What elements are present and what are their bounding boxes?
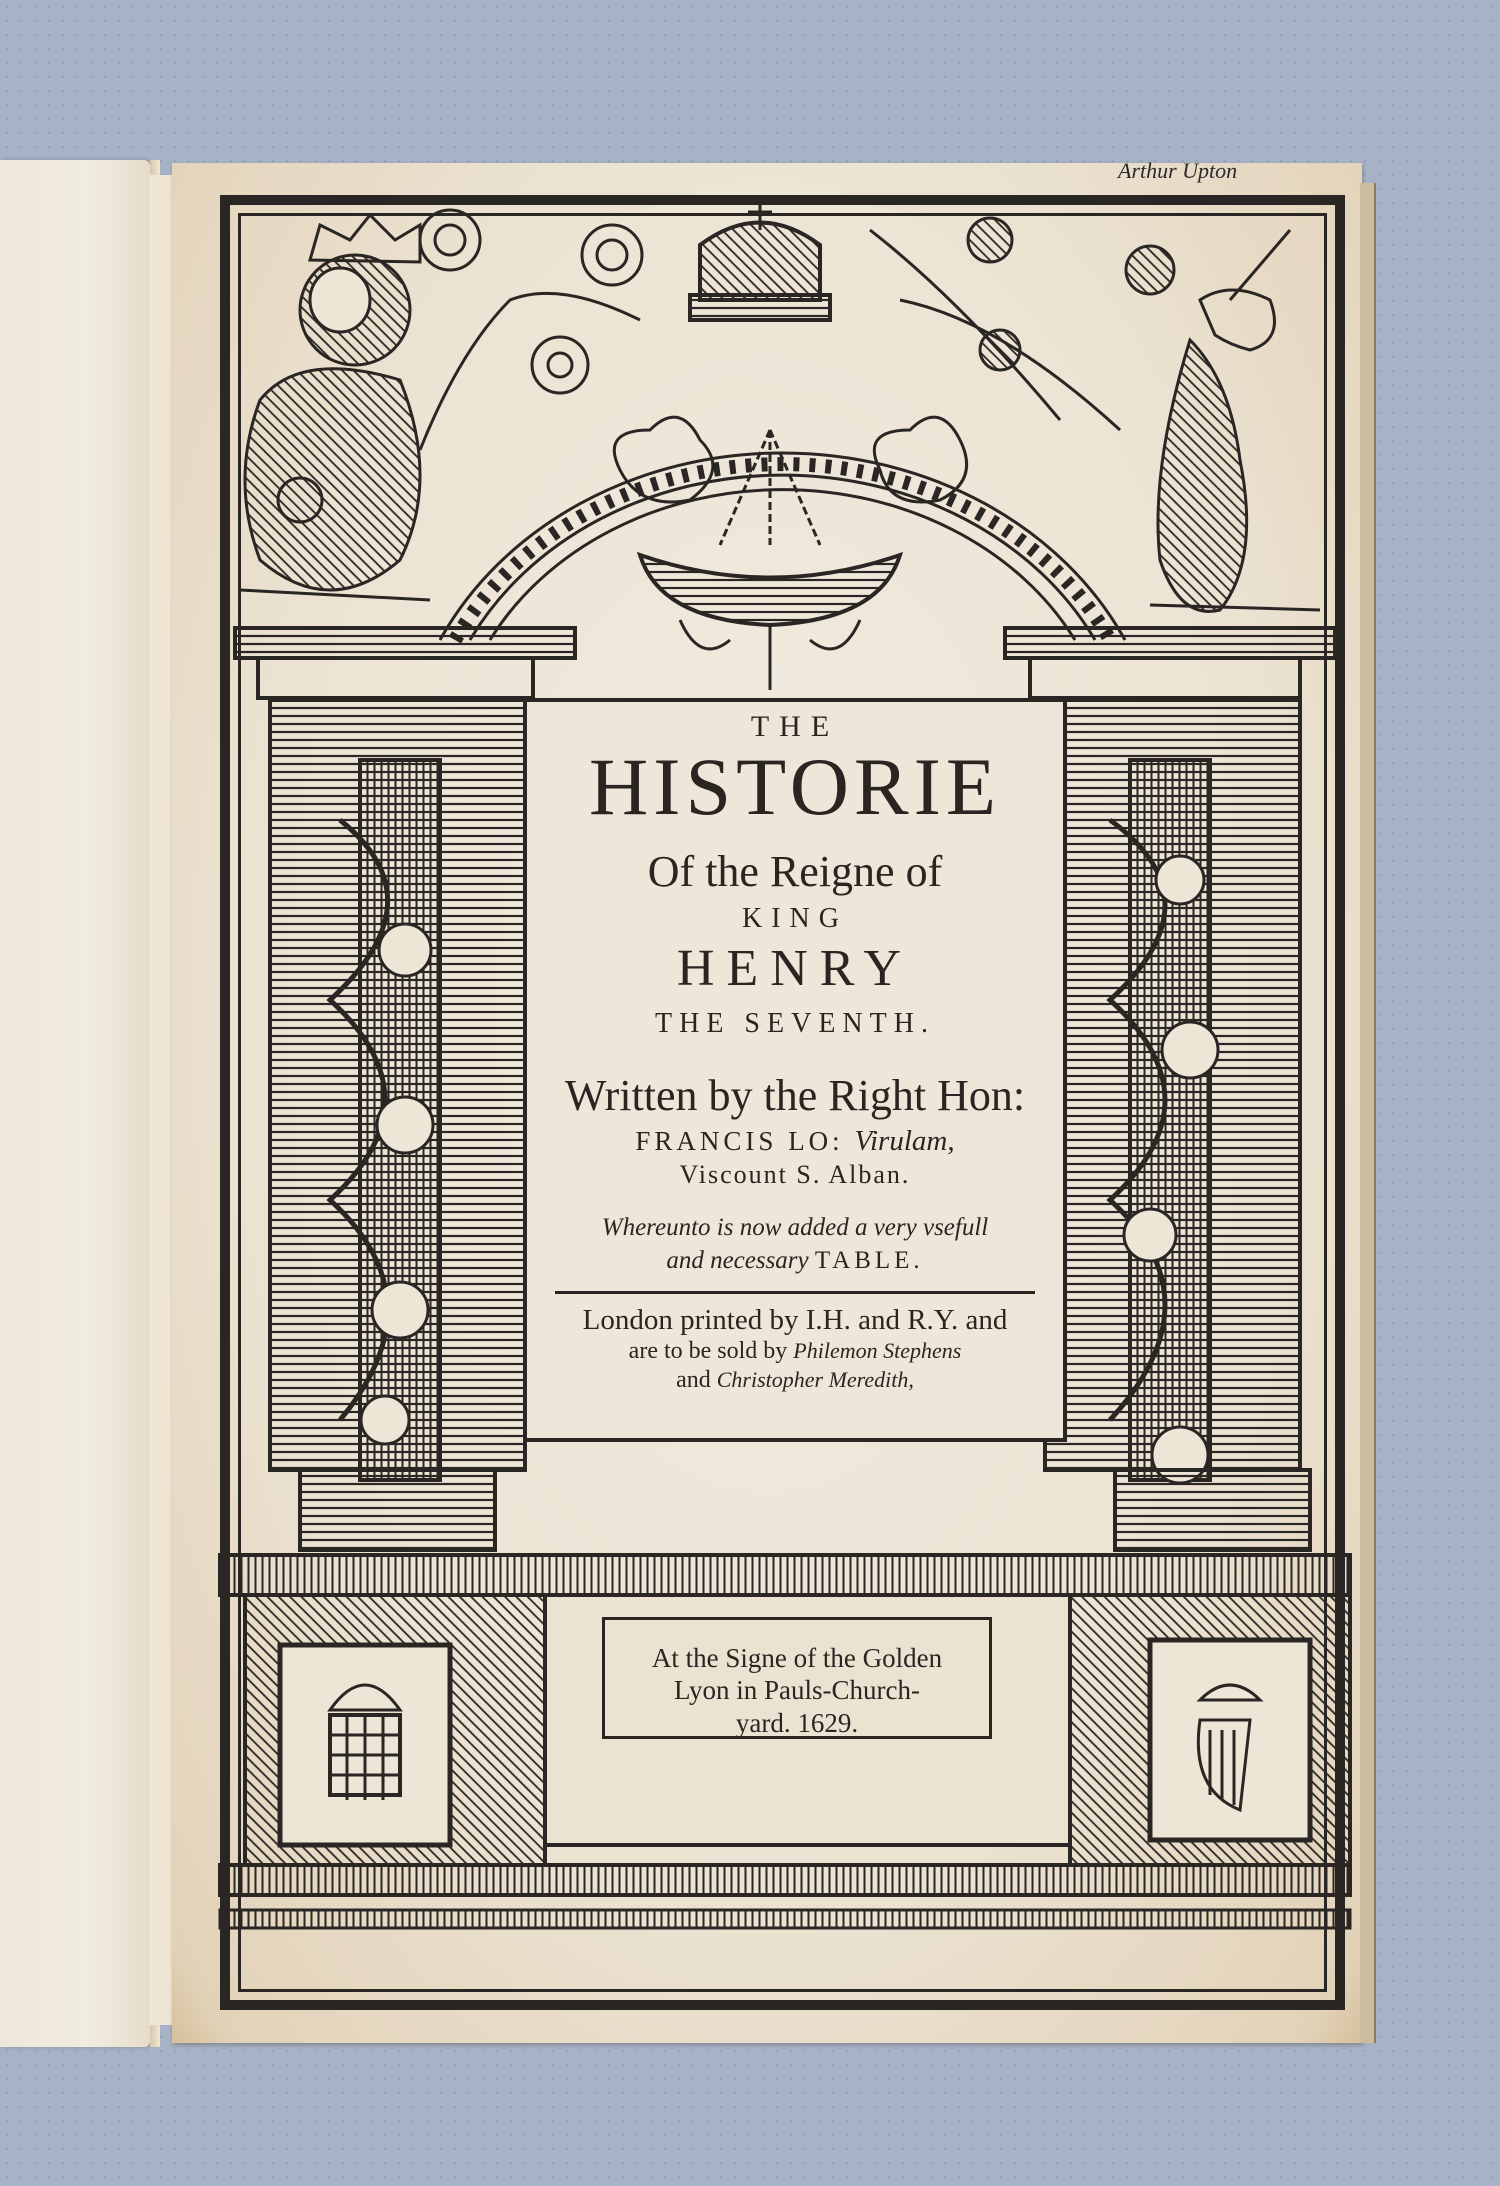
pedestal-cornice [220, 1555, 1350, 1595]
table-note-line2: and necessary Table. [525, 1245, 1065, 1278]
left-column-base [300, 1470, 495, 1550]
harp-icon [1150, 1640, 1310, 1840]
tudor-rose-icon [420, 210, 642, 450]
author-name: Francis Lo: Virulam, [525, 1125, 1065, 1158]
author-title: Viscount S. Alban. [525, 1160, 1065, 1190]
unicorn-icon [1150, 230, 1320, 611]
author-francis: Francis Lo: [635, 1126, 843, 1156]
table-note-line1: Whereunto is now added a very vsefull [525, 1212, 1065, 1245]
plinth-base-lower [220, 1910, 1350, 1928]
table-note-table: Table. [815, 1247, 924, 1274]
imprint-printer: London printed by I.H. and R.Y. and [525, 1304, 1065, 1337]
right-column-base [1115, 1470, 1310, 1550]
imprint-sellers: are to be sold by Philemon Stephens and … [525, 1337, 1065, 1395]
title-text-block: THE HISTORIE Of the Reigne of KING HENRY… [525, 700, 1065, 1438]
title-historie: HISTORIE [525, 746, 1065, 828]
imprint-christopher: Christopher Meredith, [717, 1367, 914, 1392]
author-line: Written by the Right Hon: [525, 1070, 1065, 1121]
title-reigne: Of the Reigne of [525, 846, 1065, 897]
book-photo: Arthur Upton [0, 0, 1500, 2186]
cartouche-line1: At the Signe of the Golden [605, 1642, 989, 1674]
right-capital [1005, 628, 1335, 658]
imprint-sold-by: are to be sold by [629, 1338, 788, 1364]
title-henry: HENRY [525, 939, 1065, 998]
hanging-lamp-icon [614, 417, 966, 690]
imprint-philemon: Philemon Stephens [793, 1338, 961, 1363]
title-king: KING [525, 903, 1065, 935]
table-note-necessary: and necessary [666, 1247, 808, 1274]
title-seventh: The Seventh. [525, 1008, 1065, 1040]
author-virulam: Virulam, [854, 1125, 954, 1157]
thistle-icon [870, 218, 1174, 430]
cartouche-line3: yard. 1629. [605, 1707, 989, 1739]
cartouche-line2: Lyon in Pauls-Church- [605, 1674, 989, 1706]
portcullis-icon [280, 1645, 450, 1845]
crowned-lion-icon [240, 215, 430, 600]
imprint-and: and [676, 1367, 711, 1393]
divider-rule [555, 1291, 1035, 1294]
plinth-base [220, 1865, 1350, 1895]
right-entablature [1030, 658, 1300, 698]
crown-icon [690, 200, 830, 320]
imprint-cartouche: At the Signe of the Golden Lyon in Pauls… [602, 1617, 992, 1739]
table-note: Whereunto is now added a very vsefull an… [525, 1212, 1065, 1277]
left-entablature [258, 658, 533, 698]
title-the: THE [525, 710, 1065, 744]
left-capital [235, 628, 575, 658]
